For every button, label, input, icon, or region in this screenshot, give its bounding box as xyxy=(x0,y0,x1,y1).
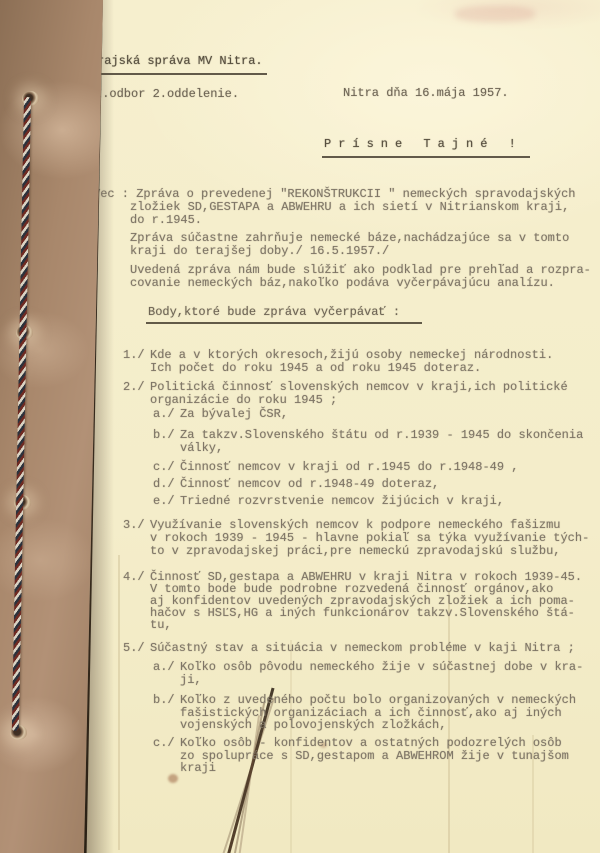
subitem-letter: c./ xyxy=(153,737,180,750)
item-line: 5./Súčastný stav a situácia v nemeckom p… xyxy=(123,642,575,655)
subject-line: do r.1945. xyxy=(130,214,202,227)
paragraph-line: covanie nemeckých báz,nakoľko podáva vyč… xyxy=(130,277,555,290)
date-line: Nitra dňa 16.mája 1957. xyxy=(343,87,509,100)
item-line: Ich počet do roku 1945 a od roku 1945 do… xyxy=(150,362,481,375)
subitem-line: e./Triedné rozvrstvenie nemcov žijúcich … xyxy=(153,495,504,508)
item-line: to v zpravodajskej práci,pre nemeckú zpr… xyxy=(150,545,560,558)
item-number: 5./ xyxy=(123,642,150,655)
subitem-line: c./Činnosť nemcov v kraji od r.1945 do r… xyxy=(153,461,518,474)
subitem-line: kraji xyxy=(180,762,216,775)
item-number: 4./ xyxy=(123,571,150,584)
subitem-text: Koľko osôb - konfidentov a ostatných pod… xyxy=(180,736,562,750)
paragraph-line: kraji do terajšej doby./ 16.5.1957./ xyxy=(130,245,389,258)
paper-stain xyxy=(168,774,178,783)
underline xyxy=(95,73,267,75)
item-number: 2./ xyxy=(123,381,150,394)
paper-streak xyxy=(118,555,120,850)
item-text: Kde a v ktorých okresoch,žijú osoby neme… xyxy=(150,348,553,362)
subitem-text: Koľko osôb pôvodu nemeckého žije v súčas… xyxy=(180,660,583,674)
subitem-text: Činnosť nemcov od r.1948-49 doteraz, xyxy=(180,477,439,491)
classification-stamp: Prísne Tajné ! xyxy=(324,138,523,151)
subitem-text: Činnosť nemcov v kraji od r.1945 do r.19… xyxy=(180,460,518,474)
subitem-line: zo spolupráce s SD,gestapom a ABWEHROM ž… xyxy=(180,750,569,763)
scanned-document-photo: rajská správa MV Nitra. I.odbor 2.oddele… xyxy=(0,0,600,853)
subitem-letter: a./ xyxy=(153,661,180,674)
item-line: tu, xyxy=(150,619,172,632)
item-line: hačov s HSĽS,HG a iných funkcionárov tak… xyxy=(150,607,575,620)
subitem-letter: b./ xyxy=(153,429,180,442)
item-text: Politická činnosť slovenských nemcov v k… xyxy=(150,380,568,394)
subitem-line: ji, xyxy=(180,674,202,687)
subitem-text: Koľko z uvedeného počtu bolo organizovan… xyxy=(180,693,576,707)
subitem-text: Za bývalej ČSR, xyxy=(180,407,288,421)
subitem-line: a./Koľko osôb pôvodu nemeckého žije v sú… xyxy=(153,661,583,674)
subitem-line: d./Činnosť nemcov od r.1948-49 doteraz, xyxy=(153,478,439,491)
item-text: Využívanie slovenských nemcov k podpore … xyxy=(150,518,560,532)
subitem-letter: e./ xyxy=(153,495,180,508)
section-heading: Body,ktoré bude zpráva vyčerpávať : xyxy=(148,306,400,319)
underline xyxy=(146,322,422,324)
item-text: Súčastný stav a situácia v nemeckom prob… xyxy=(150,641,575,655)
paper-streak xyxy=(448,590,450,853)
subitem-letter: a./ xyxy=(153,408,180,421)
subitem-letter: b./ xyxy=(153,694,180,707)
subitem-text: Za takzv.Slovenského štátu od r.1939 - 1… xyxy=(180,428,583,442)
item-line: organizácie do roku 1945 ; xyxy=(150,394,337,407)
subitem-letter: d./ xyxy=(153,478,180,491)
subitem-line: války, xyxy=(180,442,223,455)
subitem-line: a./Za bývalej ČSR, xyxy=(153,408,288,421)
underline xyxy=(322,156,530,158)
subitem-text: Triedné rozvrstvenie nemcov žijúcich v k… xyxy=(180,494,504,508)
item-number: 3./ xyxy=(123,519,150,532)
subitem-line: vojenských a polovojenských zložkách, xyxy=(180,719,446,732)
binding-cord xyxy=(12,97,31,731)
office-line: rajská správa MV Nitra. xyxy=(97,55,263,68)
paper-stain xyxy=(455,6,535,22)
subitem-letter: c./ xyxy=(153,461,180,474)
item-number: 1./ xyxy=(123,349,150,362)
department-line: I.odbor 2.oddelenie. xyxy=(95,88,239,101)
